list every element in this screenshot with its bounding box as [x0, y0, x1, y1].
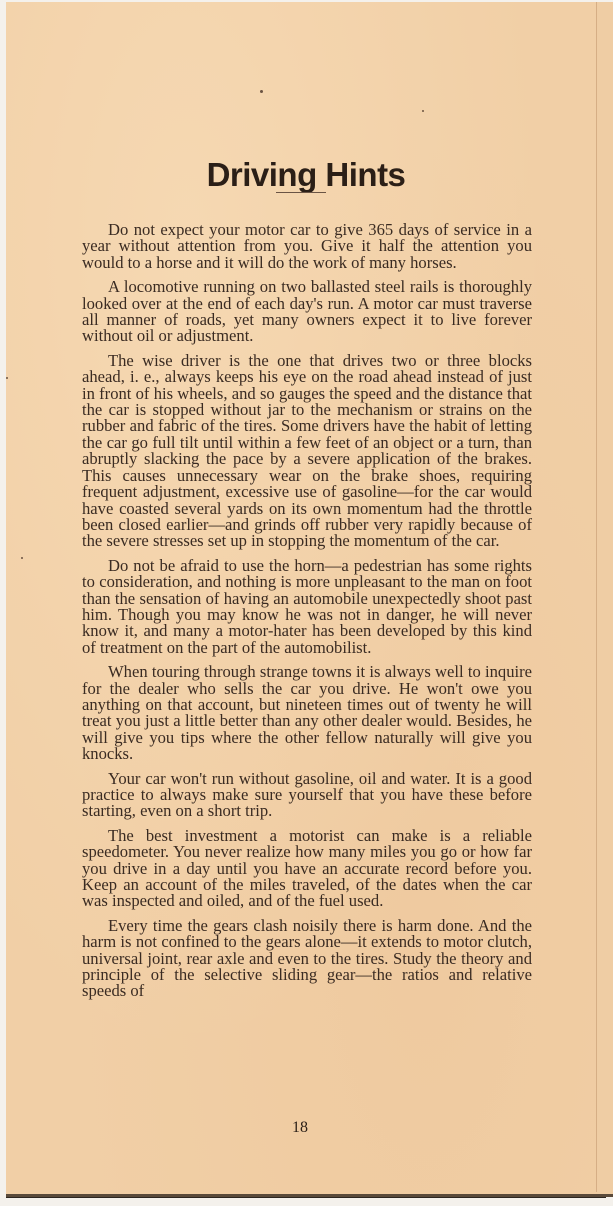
page-title: Driving Hints [6, 156, 606, 194]
book-page: Driving Hints Do not expect your motor c… [6, 2, 606, 1197]
paper-speck [260, 90, 263, 93]
page-number: 18 [6, 1119, 594, 1137]
paragraph-maintenance: Do not expect your motor car to give 365… [82, 222, 532, 271]
paragraph-touring: When touring through strange towns it is… [82, 664, 532, 762]
paper-speck [21, 557, 23, 559]
paragraph-wise-driver: The wise driver is the one that drives t… [82, 353, 532, 550]
paragraph-locomotive: A locomotive running on two ballasted st… [82, 279, 532, 345]
page-edge-strip [597, 2, 613, 1197]
paragraph-horn: Do not be afraid to use the horn—a pedes… [82, 558, 532, 656]
title-divider [276, 192, 326, 193]
page-fold-line [596, 2, 597, 1192]
paragraph-fluids: Your car won't run without gasoline, oil… [82, 771, 532, 820]
page-body: Do not expect your motor car to give 365… [82, 222, 532, 1008]
paper-speck [6, 377, 8, 379]
paragraph-speedometer: The best investment a motorist can make … [82, 828, 532, 910]
paragraph-gears: Every time the gears clash noisily there… [82, 918, 532, 1000]
paper-speck [422, 110, 424, 112]
